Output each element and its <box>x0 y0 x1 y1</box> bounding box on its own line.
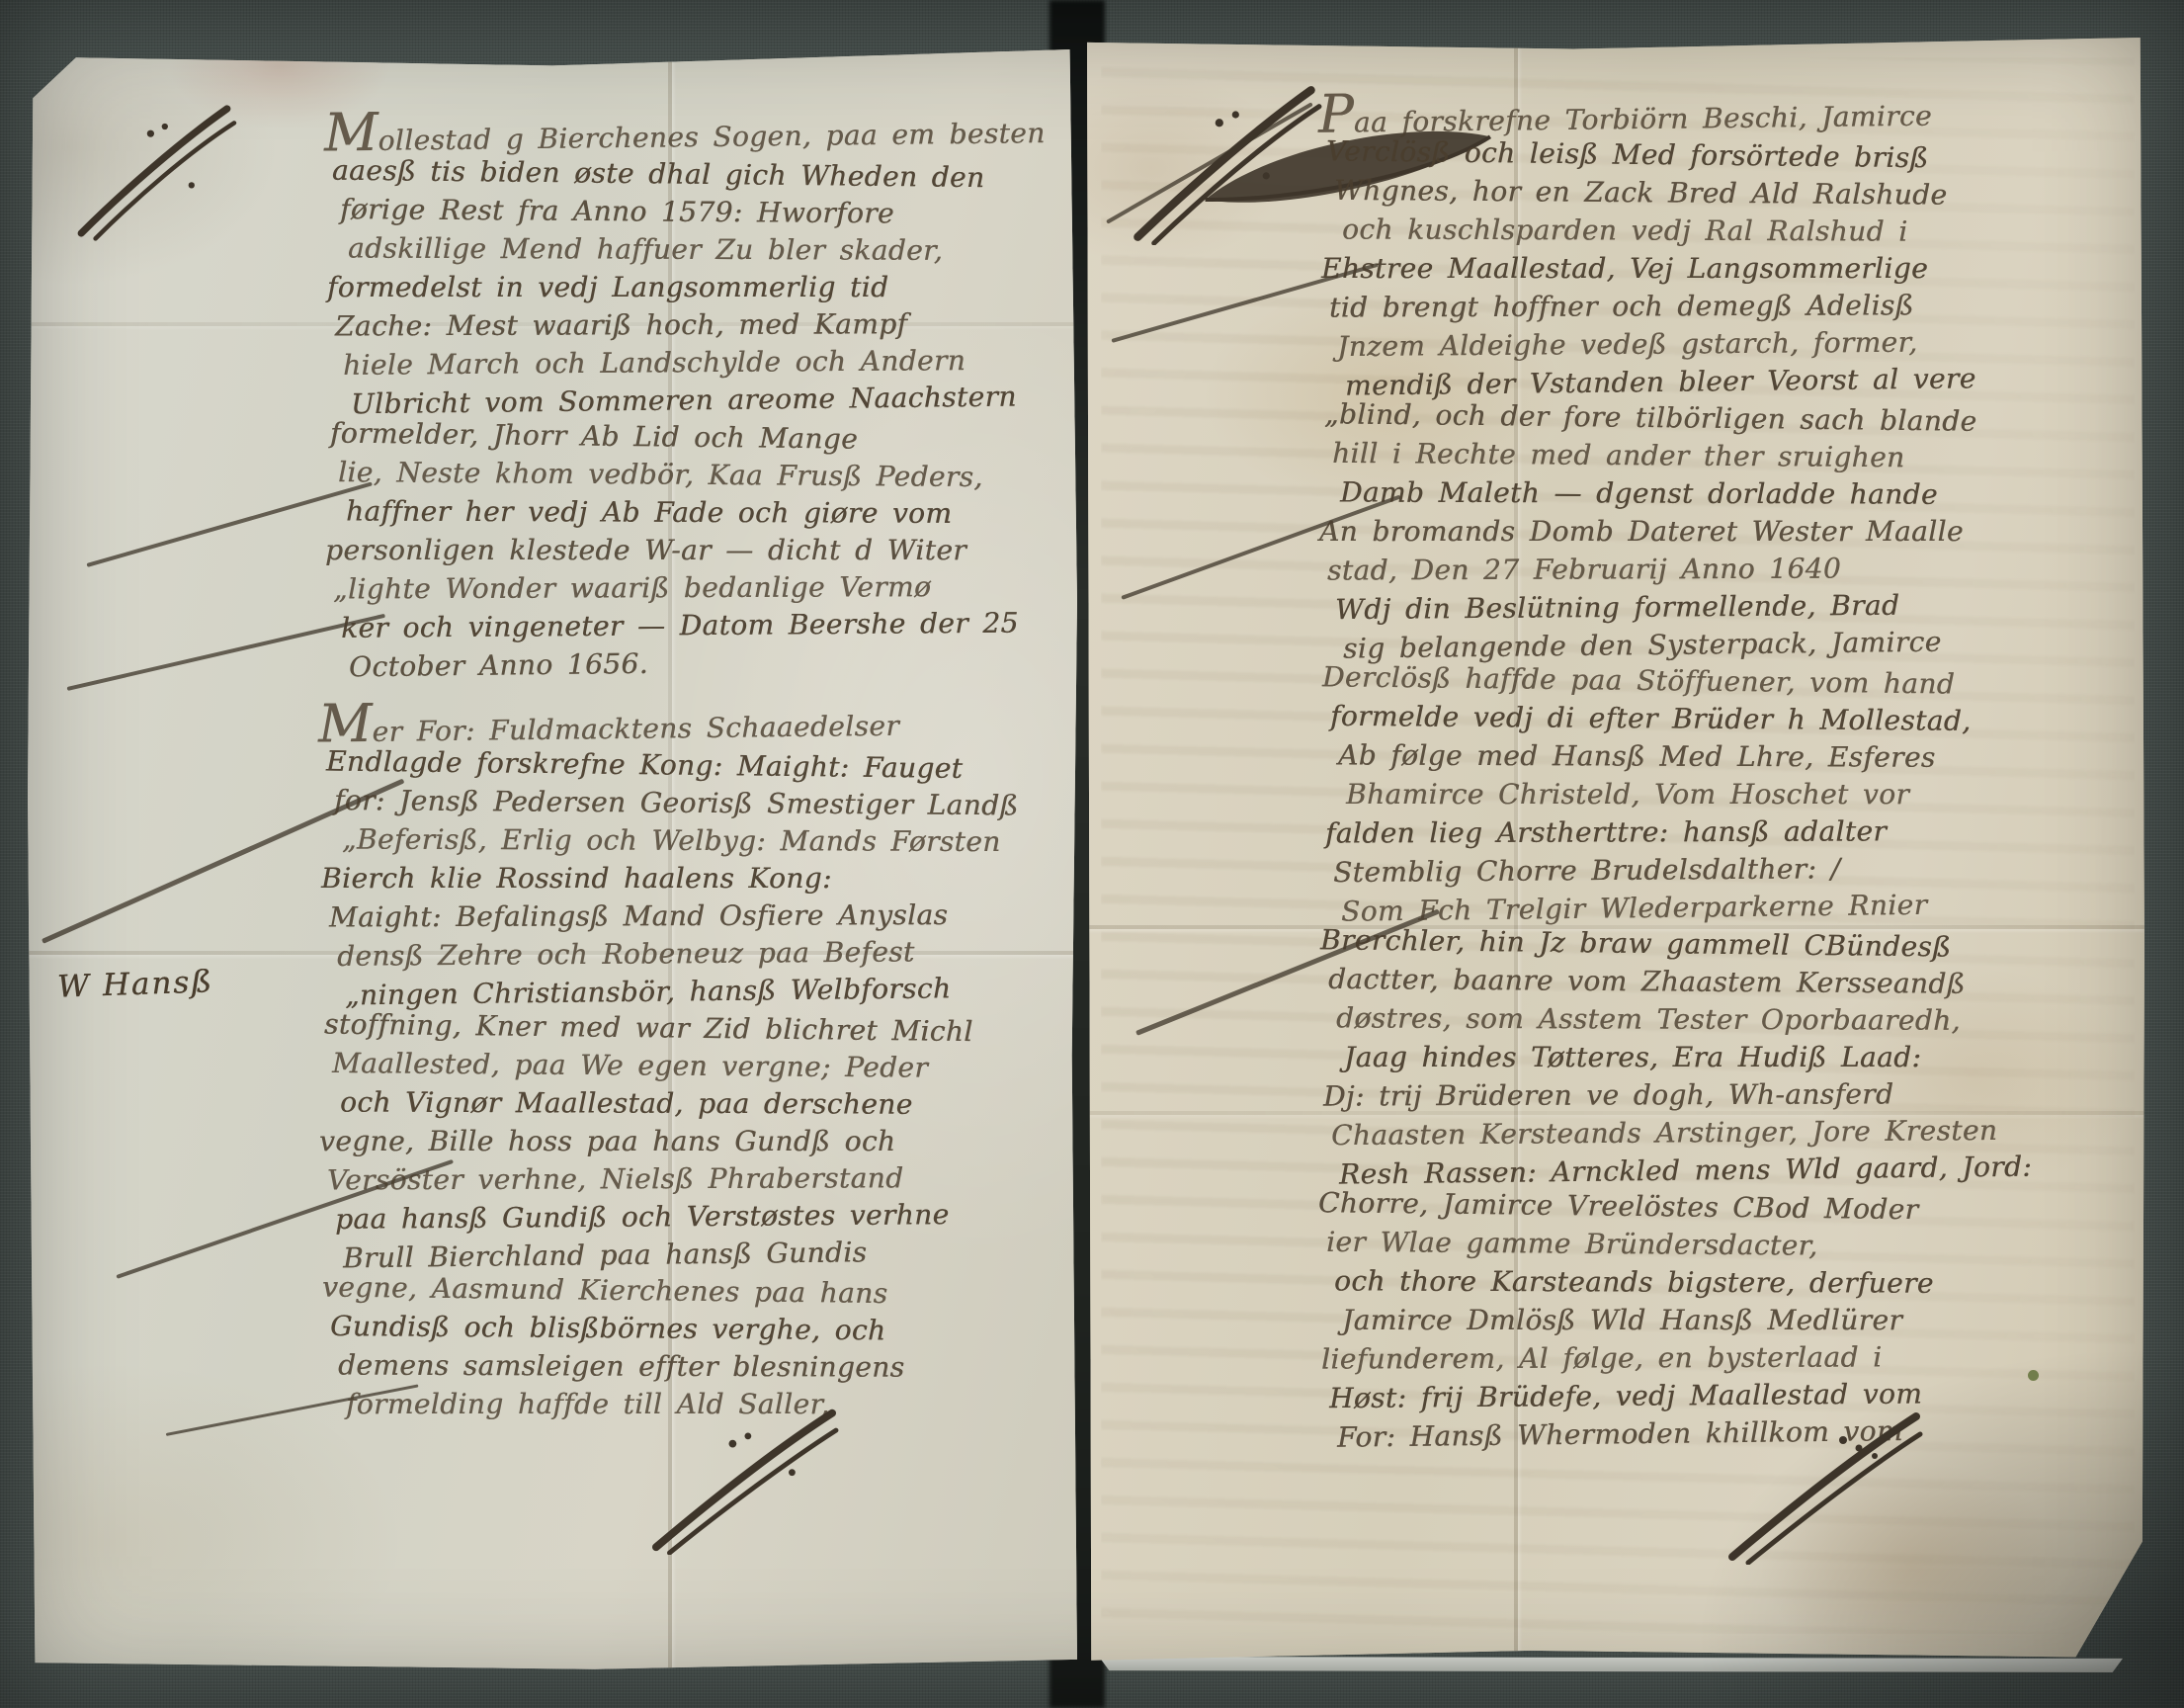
handwritten-line: lie, Neste khom vedbör, Kaa Frusß Peders… <box>338 454 1093 497</box>
handwritten-paragraph: Mollestad g Bierchenes Sogen, paa em bes… <box>330 111 1093 682</box>
handwritten-line: Jaag hindes Tøtteres, Era Hudiß Laad: <box>1344 1039 2142 1076</box>
handwritten-line: October Anno 1656. <box>349 640 1093 687</box>
handwritten-line: „Beferisß, Erlig och Welbyg: Mands Først… <box>342 821 1095 862</box>
handwritten-line: Damb Maleth — dgenst dorladde hande <box>1340 473 2142 514</box>
handwritten-line: formedelst in vedj Langsommerlig tid <box>327 269 1093 306</box>
handwritten-line: och kuschlsparden vedj Ral Ralshud i <box>1342 211 2142 251</box>
double-slash-mark-icon <box>596 1402 892 1555</box>
handwritten-line: formelde vedj di efter Brüder h Mollesta… <box>1330 698 2142 741</box>
handwritten-line: Dj: trij Brüderen ve dogh, Wh-ansferd <box>1323 1074 2142 1115</box>
manuscript-page-right: Paa forskrefne Torbiörn Beschi, JamirceV… <box>1087 38 2144 1664</box>
handwritten-line: Maallested, paa We egen vergne; Peder <box>332 1045 1095 1088</box>
handwritten-line: stad, Den 27 Februarij Anno 1640 <box>1327 549 2142 589</box>
handwritten-line: An bromands Domb Dateret Wester Maalle <box>1319 513 2142 551</box>
handwritten-line: Ab følge med Hansß Med Lhre, Esferes <box>1338 736 2142 777</box>
handwritten-line: Whgnes, hor en Zack Bred Ald Ralshude <box>1334 172 2142 215</box>
double-slash-mark-icon <box>1655 1407 1991 1565</box>
handwritten-line: for: Jensß Pedersen Georisß Smestiger La… <box>334 782 1095 825</box>
handwritten-line: førige Rest fra Anno 1579: Hworfore <box>340 191 1093 234</box>
handwritten-line: Bhamirce Christeld, Vom Hoschet vor <box>1346 776 2142 813</box>
handwritten-line: tid brengt hoffner och demegß Adelisß <box>1329 286 2142 326</box>
handwritten-line: och thore Karsteands bigstere, derfuere <box>1334 1262 2142 1303</box>
handwritten-line: Gundisß och blisßbörnes verghe, och <box>330 1308 1095 1351</box>
underlying-sheet-edge <box>1099 1657 2123 1672</box>
handwritten-line: demens samsleigen effter blesningens <box>338 1347 1095 1388</box>
handwritten-line: dactter, baanre vom Zhaastem Kersseandß <box>1328 961 2142 1004</box>
handwritten-line: Versöster verhne, Nielsß Phraberstand <box>327 1159 1095 1200</box>
handwritten-paragraph: Mer For: Fuldmacktens SchaaedelserEndlag… <box>324 702 1095 1423</box>
archive-photo-background: Mollestad g Bierchenes Sogen, paa em bes… <box>0 0 2184 1708</box>
manuscript-page-left: Mollestad g Bierchenes Sogen, paa em bes… <box>28 49 1077 1672</box>
handwritten-line: vegne, Bille hoss paa hans Gundß och <box>319 1123 1095 1160</box>
handwritten-line: Maight: Befalingsß Mand Osfiere Anyslas <box>329 897 1095 937</box>
handwritten-line: haffner her vedj Ab Fade och giøre vom <box>346 493 1093 534</box>
handwritten-line: Bierch klie Rossind haalens Kong: <box>321 860 1095 897</box>
handwritten-line: adskillige Mend haffuer Zu bler skader, <box>348 230 1093 271</box>
handwritten-line: liefunderem, Al følge, en bysterlaad i <box>1321 1337 2142 1378</box>
margin-note: W Hansß <box>56 964 213 1004</box>
handwritten-line: døstres, som Asstem Tester Oporbaaredh, <box>1336 999 2142 1040</box>
handwritten-line: personligen klestede W-ar — dicht d Wite… <box>325 532 1093 569</box>
handwritten-line: ier Wlae gamme Bründersdacter, <box>1326 1224 2142 1267</box>
handwritten-line: och Vignør Maallestad, paa derschene <box>340 1084 1095 1125</box>
handwritten-paragraph: Paa forskrefne Torbiörn Beschi, JamirceV… <box>1324 92 2142 1452</box>
handwritten-line: „lighte Wonder waariß bedanlige Vermø <box>333 568 1093 609</box>
handwritten-line: Zache: Mest waariß hoch, med Kampf <box>335 305 1093 346</box>
handwritten-line: falden lieg Arstherttre: hansß adalter <box>1325 811 2142 852</box>
handwritten-line: Ehstree Maallestad, Vej Langsommerlige <box>1321 250 2142 288</box>
handwritten-line: Jamirce Dmlösß Wld Hansß Medlürer <box>1342 1302 2142 1339</box>
double-slash-mark-icon <box>65 97 243 245</box>
handwritten-line: hill i Rechte med ander ther sruighen <box>1332 435 2142 478</box>
